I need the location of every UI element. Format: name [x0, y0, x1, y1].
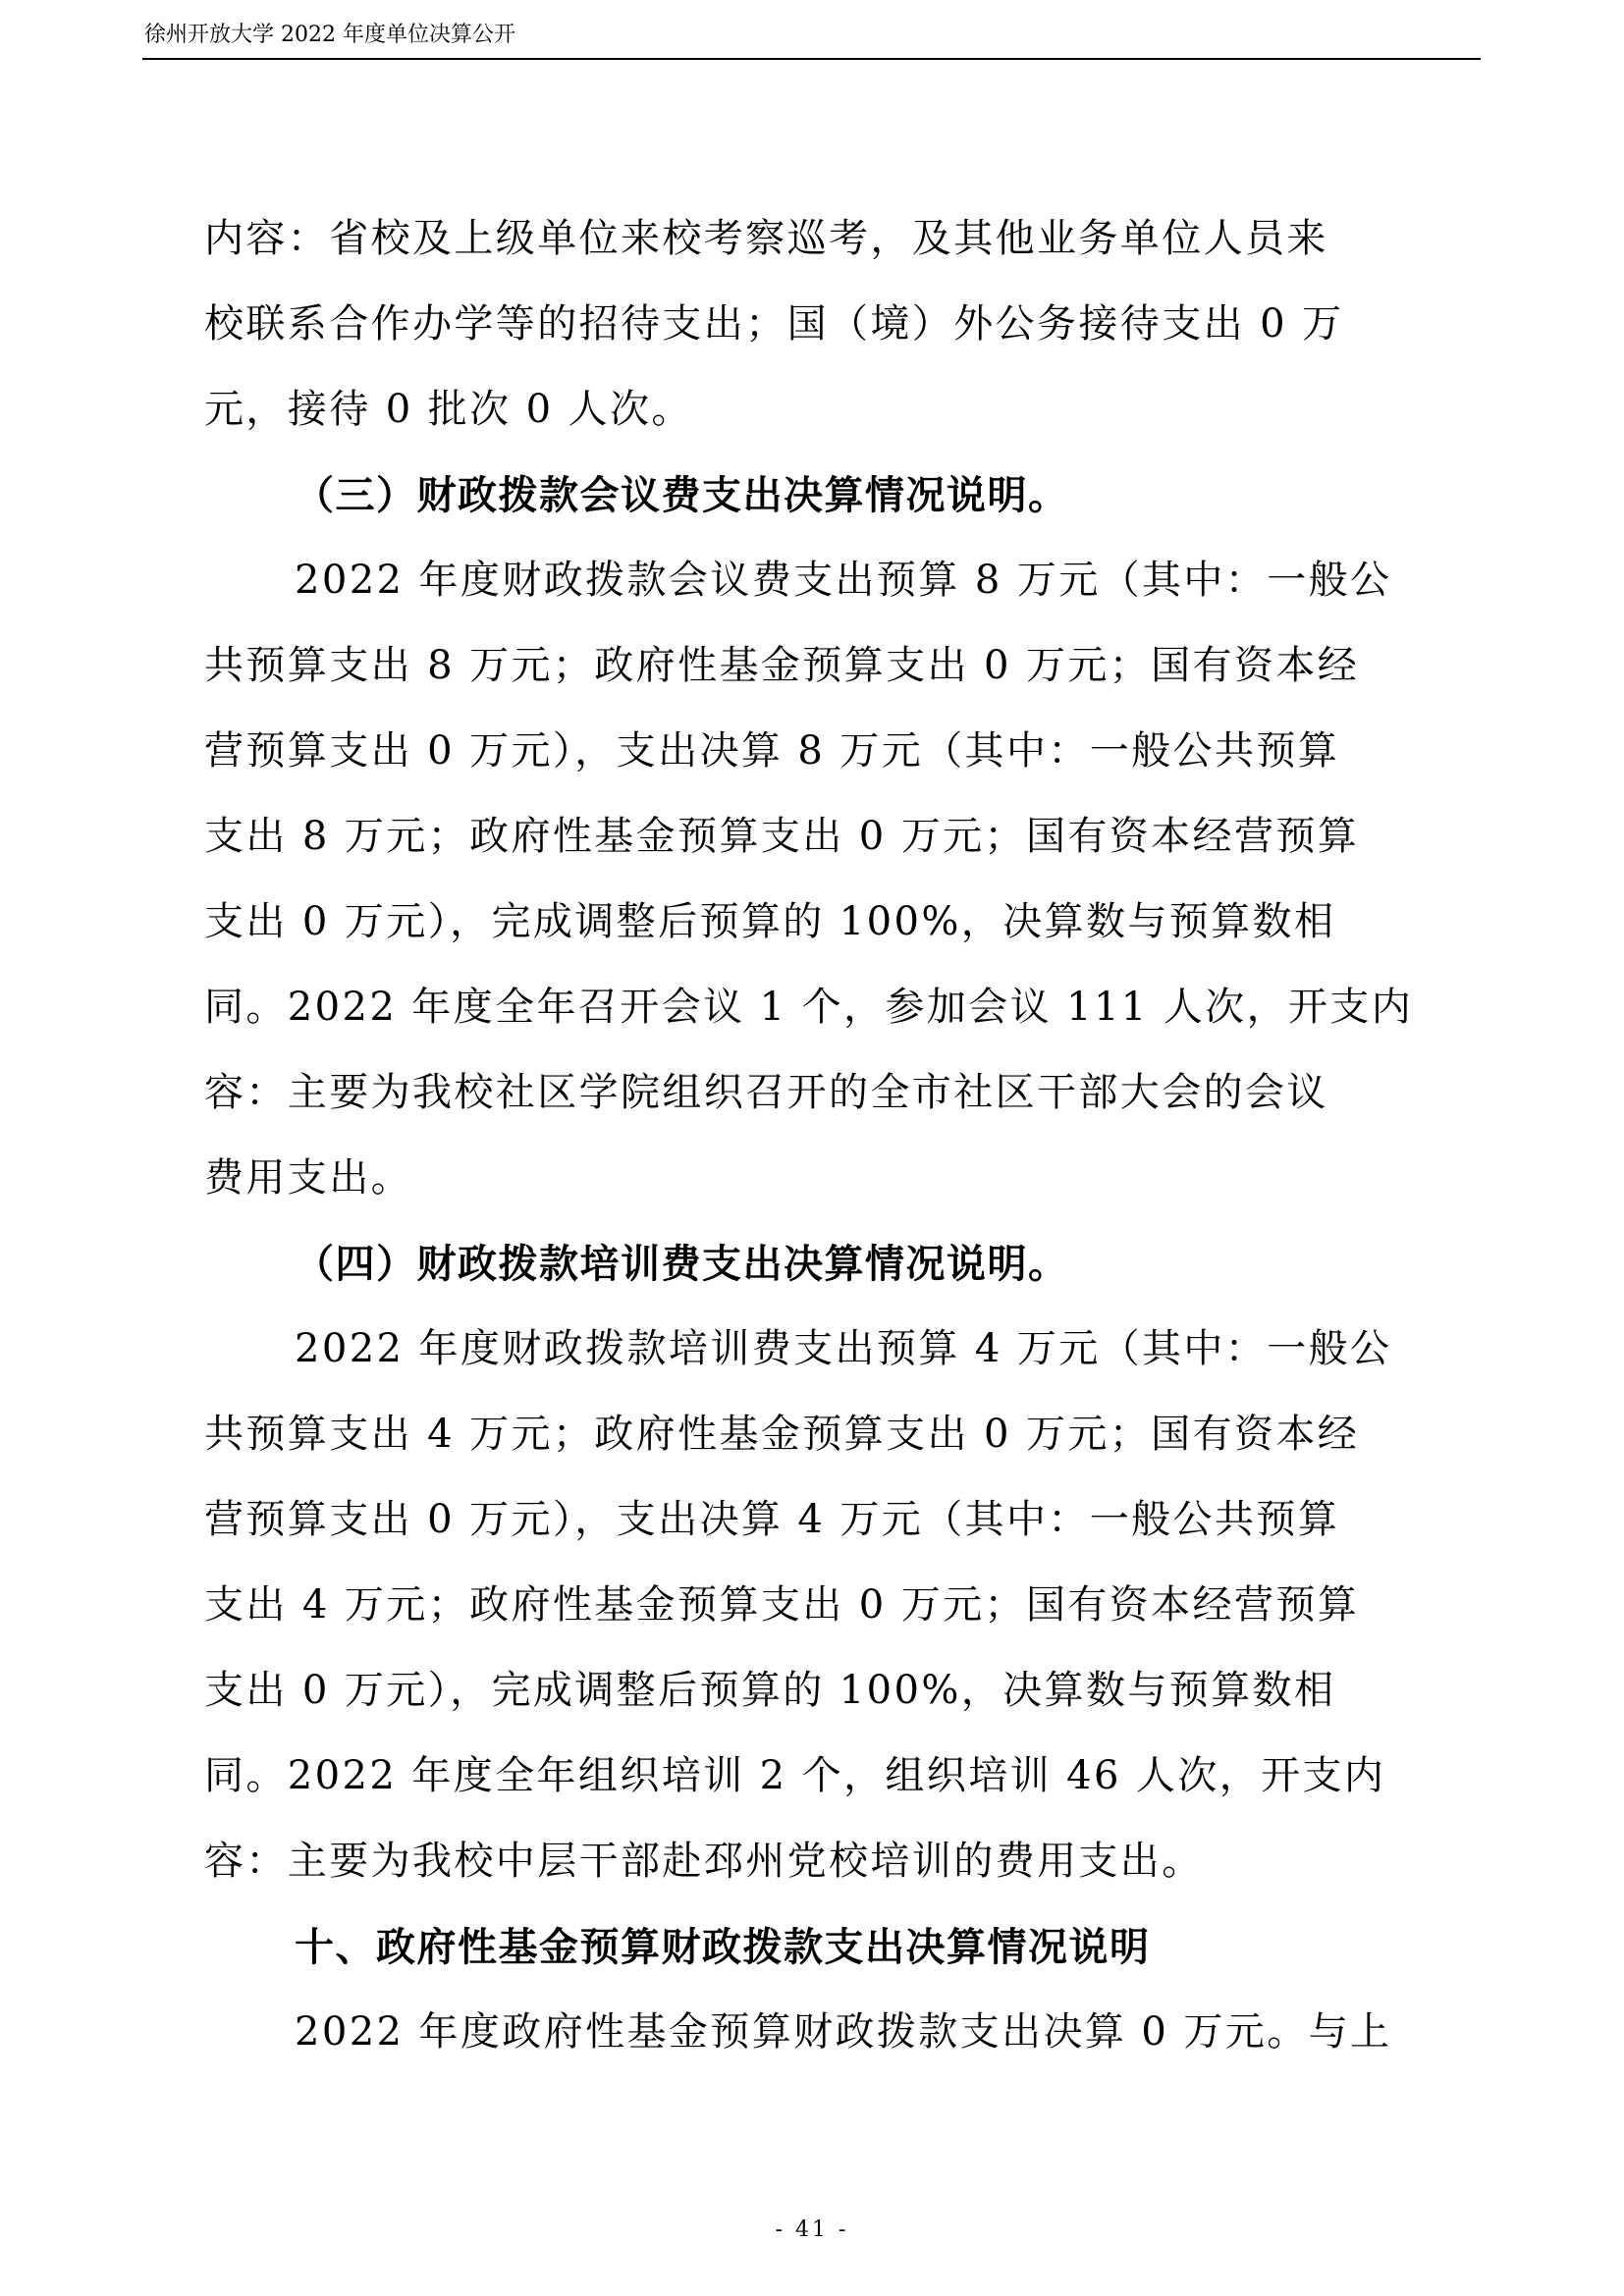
body-line: 元，接待 0 批次 0 人次。 — [204, 367, 1481, 453]
body-line: 同。2022 年度全年召开会议 1 个，参加会议 111 人次，开支内 — [204, 965, 1481, 1050]
body-line: 同。2022 年度全年组织培训 2 个，组织培训 46 人次，开支内 — [204, 1734, 1481, 1819]
body-line: 支出 0 万元），完成调整后预算的 100%，决算数与预算数相 — [204, 880, 1481, 965]
body-line: 共预算支出 8 万元；政府性基金预算支出 0 万元；国有资本经 — [204, 623, 1481, 709]
paragraph-first-line: 2022 年度政府性基金预算财政拨款支出决算 0 万元。与上 — [204, 1990, 1481, 2075]
body-line: 支出 4 万元；政府性基金预算支出 0 万元；国有资本经营预算 — [204, 1563, 1481, 1648]
body-line: 容：主要为我校中层干部赴邳州党校培训的费用支出。 — [204, 1819, 1481, 1904]
body-line: 费用支出。 — [204, 1136, 1481, 1221]
body-line: 容：主要为我校社区学院组织召开的全市社区干部大会的会议 — [204, 1050, 1481, 1136]
body-line: 内容：省校及上级单位来校考察巡考，及其他业务单位人员来 — [204, 196, 1481, 282]
section-heading-meeting-expenses: （三）财政拨款会议费支出决算情况说明。 — [204, 453, 1481, 538]
body-line: 营预算支出 0 万元），支出决算 4 万元（其中：一般公共预算 — [204, 1477, 1481, 1563]
paragraph-first-line: 2022 年度财政拨款培训费支出预算 4 万元（其中：一般公 — [204, 1307, 1481, 1392]
page-header: 徐州开放大学 2022 年度单位决算公开 — [142, 14, 1481, 60]
body-line: 支出 8 万元；政府性基金预算支出 0 万元；国有资本经营预算 — [204, 794, 1481, 880]
document-running-title: 徐州开放大学 2022 年度单位决算公开 — [144, 22, 515, 49]
document-body: 内容：省校及上级单位来校考察巡考，及其他业务单位人员来 校联系合作办学等的招待支… — [204, 196, 1481, 2075]
body-line: 支出 0 万元），完成调整后预算的 100%，决算数与预算数相 — [204, 1648, 1481, 1734]
body-line: 共预算支出 4 万元；政府性基金预算支出 0 万元；国有资本经 — [204, 1392, 1481, 1477]
paragraph-first-line: 2022 年度财政拨款会议费支出预算 8 万元（其中：一般公 — [204, 538, 1481, 623]
section-heading-training-expenses: （四）财政拨款培训费支出决算情况说明。 — [204, 1221, 1481, 1307]
page-number: - 41 - — [0, 2216, 1624, 2244]
section-heading-government-fund: 十、政府性基金预算财政拨款支出决算情况说明 — [204, 1904, 1481, 1990]
body-line: 营预算支出 0 万元），支出决算 8 万元（其中：一般公共预算 — [204, 709, 1481, 794]
body-line: 校联系合作办学等的招待支出；国（境）外公务接待支出 0 万 — [204, 282, 1481, 367]
